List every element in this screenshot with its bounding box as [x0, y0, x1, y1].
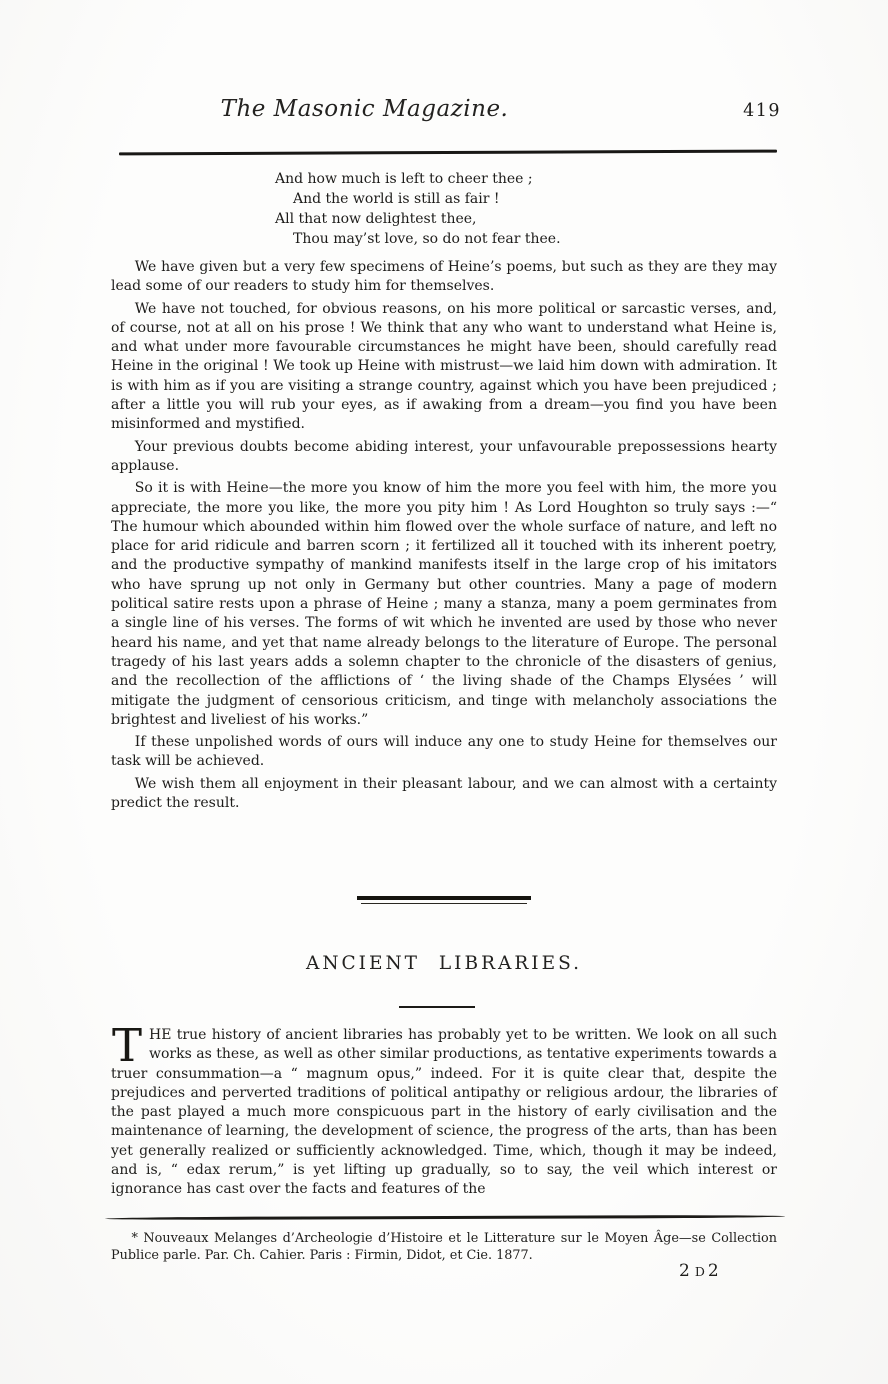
poem-line: And the world is still as fair ! [293, 189, 561, 209]
header-rule [119, 150, 777, 156]
heine-paragraph: So it is with Heine—the more you know of… [111, 479, 777, 730]
heine-paragraph: Your previous doubts become abiding inte… [111, 438, 777, 477]
heine-paragraph: If these unpolished words of ours will i… [111, 733, 777, 772]
article-heading: ANCIENT LIBRARIES. [111, 953, 777, 974]
poem-line: Thou may’st love, so do not fear thee. [293, 229, 561, 249]
drop-cap: T [111, 1026, 149, 1062]
page-number: 419 [743, 101, 781, 121]
section-divider [111, 896, 777, 904]
signature-mark: 2D2 [679, 1261, 721, 1281]
ancient-libraries-body: THE true history of ancient libraries ha… [111, 1026, 777, 1200]
footnote-rule [105, 1215, 785, 1220]
footnote-text: * Nouveaux Melanges d’Archeologie d’Hist… [111, 1231, 777, 1264]
poem-line: All that now delightest thee, [275, 209, 561, 229]
signature-part: 2 [708, 1261, 721, 1281]
poem-stanza: And how much is left to cheer thee ; And… [275, 169, 561, 249]
heine-paragraph: We wish them all enjoyment in their plea… [111, 775, 777, 814]
heading-divider [399, 1006, 475, 1008]
signature-part: D [692, 1264, 708, 1279]
magazine-page: The Masonic Magazine. 419 And how much i… [0, 0, 888, 1384]
article-opening-text: HE true history of ancient libraries has… [111, 1027, 777, 1197]
poem-line: And how much is left to cheer thee ; [275, 169, 561, 189]
heine-paragraph: We have not touched, for obvious reasons… [111, 300, 777, 435]
journal-title: The Masonic Magazine. [112, 96, 617, 122]
signature-part: 2 [679, 1261, 692, 1281]
heine-article-body: We have given but a very few specimens o… [111, 258, 777, 816]
divider-thick-rule [357, 896, 531, 900]
footnote: * Nouveaux Melanges d’Archeologie d’Hist… [111, 1231, 777, 1264]
article-opening-paragraph: THE true history of ancient libraries ha… [111, 1026, 777, 1200]
heine-paragraph: We have given but a very few specimens o… [111, 258, 777, 297]
divider-thin-rule [361, 903, 527, 905]
